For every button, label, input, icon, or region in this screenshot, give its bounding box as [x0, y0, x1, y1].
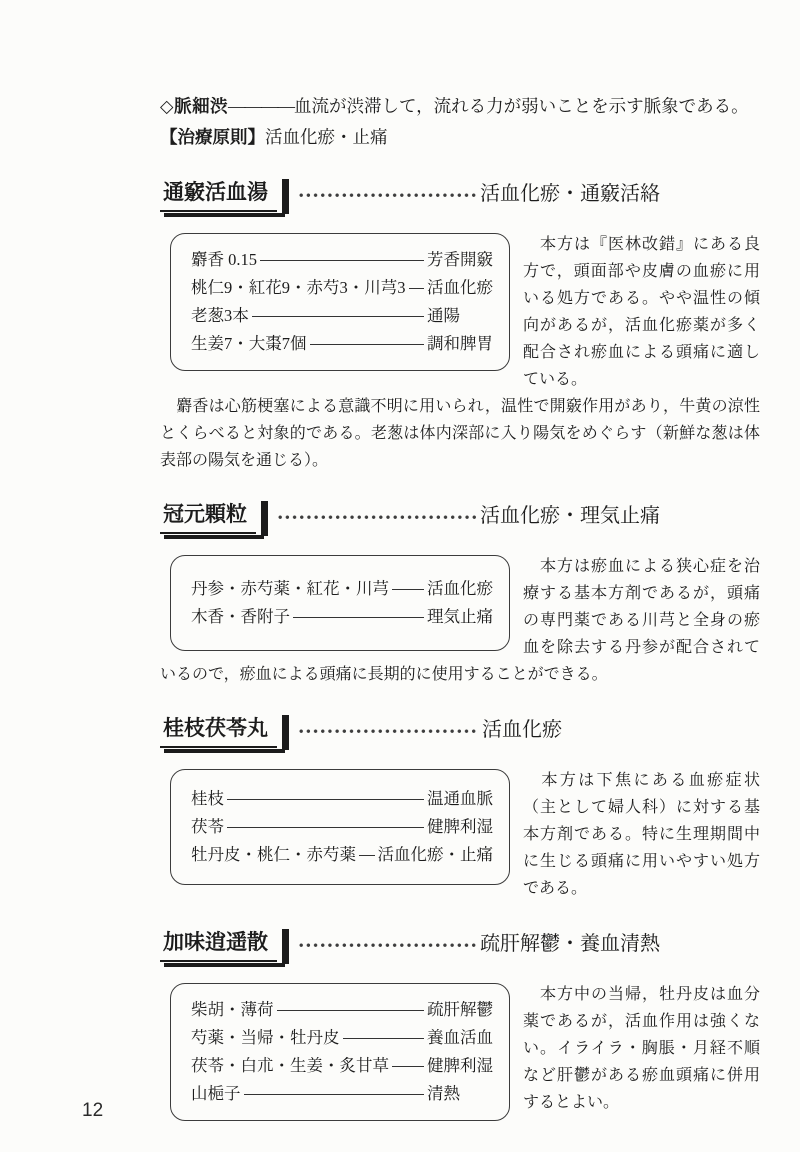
formula-category: 活血化瘀: [482, 715, 562, 745]
title-accent-bar: [261, 501, 268, 536]
ingredient-row: 牡丹皮・桃仁・赤芍薬 活血化瘀・止痛: [191, 841, 493, 869]
connector-line: [343, 1038, 425, 1039]
section-body: 丹参・赤芍薬・紅花・川芎 活血化瘀 木香・香附子 理気止痛 本方は瘀血による狭心…: [160, 553, 760, 688]
title-accent-bar: [282, 929, 289, 964]
connector-line: [359, 855, 375, 856]
connector-line: [252, 316, 424, 317]
title-accent-bar: [282, 715, 289, 750]
ingredient-effect: 健脾利湿: [427, 1052, 493, 1080]
ingredient-name: 桃仁9・紅花9・赤芍3・川芎3: [191, 274, 406, 302]
pulse-description-line: ◇脈細渋————血流が渋滞して，流れる力が弱いことを示す脈象である。: [160, 92, 760, 120]
ingredient-effect: 芳香開竅: [427, 246, 493, 274]
connector-line: [310, 344, 425, 345]
ingredient-row: 芍薬・当帰・牡丹皮 養血活血: [191, 1024, 493, 1052]
principle-value: 活血化瘀・止痛: [265, 127, 388, 147]
pulse-desc: 血流が渋滞して，流れる力が弱いことを示す脈象である。: [294, 96, 749, 116]
section-header: 桂枝茯苓丸 活血化瘀: [160, 715, 562, 759]
connector-line: [409, 288, 425, 289]
connector-line: [392, 589, 424, 590]
ingredient-name: 丹参・赤芍薬・紅花・川芎: [191, 575, 389, 603]
section-body: 柴胡・薄荷 疏肝解鬱 芍薬・当帰・牡丹皮 養血活血 茯苓・白朮・生姜・炙甘草 健…: [160, 981, 760, 1127]
ingredients-box: 麝香 0.15 芳香開竅 桃仁9・紅花9・赤芍3・川芎3 活血化瘀 老葱3本 通…: [170, 233, 510, 371]
dotted-leader: [299, 193, 476, 198]
connector-line: [227, 799, 424, 800]
ingredient-name: 芍薬・当帰・牡丹皮: [191, 1024, 340, 1052]
connector-line: [392, 1066, 424, 1067]
formula-section-kangenkaryu: 冠元顆粒 活血化瘀・理気止痛 丹参・赤芍薬・紅花・川芎 活血化瘀 木香・香附子 …: [160, 501, 760, 688]
dash-leader: ————: [228, 96, 294, 116]
page-content: ◇脈細渋————血流が渋滞して，流れる力が弱いことを示す脈象である。 【治療原則…: [160, 92, 760, 1127]
ingredient-effect: 活血化瘀: [427, 274, 493, 302]
dotted-leader: [278, 515, 476, 520]
formula-category: 活血化瘀・通竅活絡: [480, 179, 660, 209]
ingredient-row: 桃仁9・紅花9・赤芍3・川芎3 活血化瘀: [191, 274, 493, 302]
connector-line: [277, 1010, 425, 1011]
ingredients-box: 丹参・赤芍薬・紅花・川芎 活血化瘀 木香・香附子 理気止痛: [170, 555, 510, 651]
ingredient-name: 老葱3本: [191, 302, 249, 330]
formula-section-keishibukuryogan: 桂枝茯苓丸 活血化瘀 桂枝 温通血脈 茯苓 健脾利湿 牡丹皮・桃仁・赤芍薬: [160, 715, 760, 902]
formula-section-kamishoyosan: 加味逍遥散 疏肝解鬱・養血清熱 柴胡・薄荷 疏肝解鬱 芍薬・当帰・牡丹皮 養血活…: [160, 929, 760, 1127]
ingredient-effect: 調和脾胃: [427, 330, 493, 358]
section-header: 加味逍遥散 疏肝解鬱・養血清熱: [160, 929, 660, 973]
ingredient-effect: 疏肝解鬱: [427, 996, 493, 1024]
ingredient-effect: 健脾利湿: [427, 813, 493, 841]
ingredient-effect: 活血化瘀: [427, 575, 493, 603]
formula-title: 通竅活血湯: [160, 179, 277, 212]
ingredient-name: 生姜7・大棗7個: [191, 330, 307, 358]
dotted-leader: [299, 729, 478, 734]
title-accent-bar: [282, 179, 289, 214]
description-paragraph: 麝香は心筋梗塞による意識不明に用いられ，温性で開竅作用があり，牛黄の涼性とくらべ…: [160, 393, 760, 474]
section-body: 麝香 0.15 芳香開竅 桃仁9・紅花9・赤芍3・川芎3 活血化瘀 老葱3本 通…: [160, 231, 760, 474]
section-header: 冠元顆粒 活血化瘀・理気止痛: [160, 501, 660, 545]
ingredient-name: 柴胡・薄荷: [191, 996, 274, 1024]
ingredient-name: 桂枝: [191, 785, 224, 813]
ingredient-row: 生姜7・大棗7個 調和脾胃: [191, 330, 493, 358]
ingredient-row: 麝香 0.15 芳香開竅: [191, 246, 493, 274]
ingredient-row: 老葱3本 通陽: [191, 302, 493, 330]
treatment-principle-line: 【治療原則】活血化瘀・止痛: [160, 122, 760, 152]
section-body: 桂枝 温通血脈 茯苓 健脾利湿 牡丹皮・桃仁・赤芍薬 活血化瘀・止痛 本方は下焦…: [160, 767, 760, 902]
pulse-term: ◇脈細渋: [160, 96, 228, 116]
dotted-leader: [299, 943, 476, 948]
ingredient-name: 茯苓・白朮・生姜・炙甘草: [191, 1052, 389, 1080]
ingredient-effect: 通陽: [427, 302, 493, 330]
ingredient-row: 柴胡・薄荷 疏肝解鬱: [191, 996, 493, 1024]
ingredients-box: 桂枝 温通血脈 茯苓 健脾利湿 牡丹皮・桃仁・赤芍薬 活血化瘀・止痛: [170, 769, 510, 885]
formula-category: 疏肝解鬱・養血清熱: [480, 929, 660, 959]
ingredient-row: 桂枝 温通血脈: [191, 785, 493, 813]
ingredient-row: 山梔子 清熱: [191, 1080, 493, 1108]
section-header: 通竅活血湯 活血化瘀・通竅活絡: [160, 179, 660, 223]
formula-title: 桂枝茯苓丸: [160, 715, 277, 748]
formula-section-tsukyokakketsuto: 通竅活血湯 活血化瘀・通竅活絡 麝香 0.15 芳香開竅 桃仁9・紅花9・赤芍3…: [160, 179, 760, 474]
formula-title: 冠元顆粒: [160, 501, 256, 534]
ingredient-effect: 活血化瘀・止痛: [378, 841, 494, 869]
principle-label: 【治療原則】: [160, 127, 265, 147]
formula-category: 活血化瘀・理気止痛: [480, 501, 660, 531]
ingredient-effect: 温通血脈: [427, 785, 493, 813]
ingredient-row: 茯苓 健脾利湿: [191, 813, 493, 841]
ingredient-effect: 理気止痛: [427, 603, 493, 631]
ingredient-effect: 養血活血: [427, 1024, 493, 1052]
ingredient-row: 木香・香附子 理気止痛: [191, 603, 493, 631]
ingredients-box: 柴胡・薄荷 疏肝解鬱 芍薬・当帰・牡丹皮 養血活血 茯苓・白朮・生姜・炙甘草 健…: [170, 983, 510, 1121]
ingredient-name: 山梔子: [191, 1080, 241, 1108]
ingredient-name: 牡丹皮・桃仁・赤芍薬: [191, 841, 356, 869]
ingredient-row: 茯苓・白朮・生姜・炙甘草 健脾利湿: [191, 1052, 493, 1080]
ingredient-row: 丹参・赤芍薬・紅花・川芎 活血化瘀: [191, 575, 493, 603]
connector-line: [260, 260, 424, 261]
connector-line: [227, 827, 424, 828]
ingredient-name: 麝香 0.15: [191, 246, 257, 274]
ingredient-name: 木香・香附子: [191, 603, 290, 631]
ingredient-effect: 清熱: [427, 1080, 493, 1108]
connector-line: [293, 617, 424, 618]
ingredient-name: 茯苓: [191, 813, 224, 841]
formula-title: 加味逍遥散: [160, 929, 277, 962]
page-number: 12: [82, 1100, 103, 1122]
connector-line: [244, 1094, 425, 1095]
